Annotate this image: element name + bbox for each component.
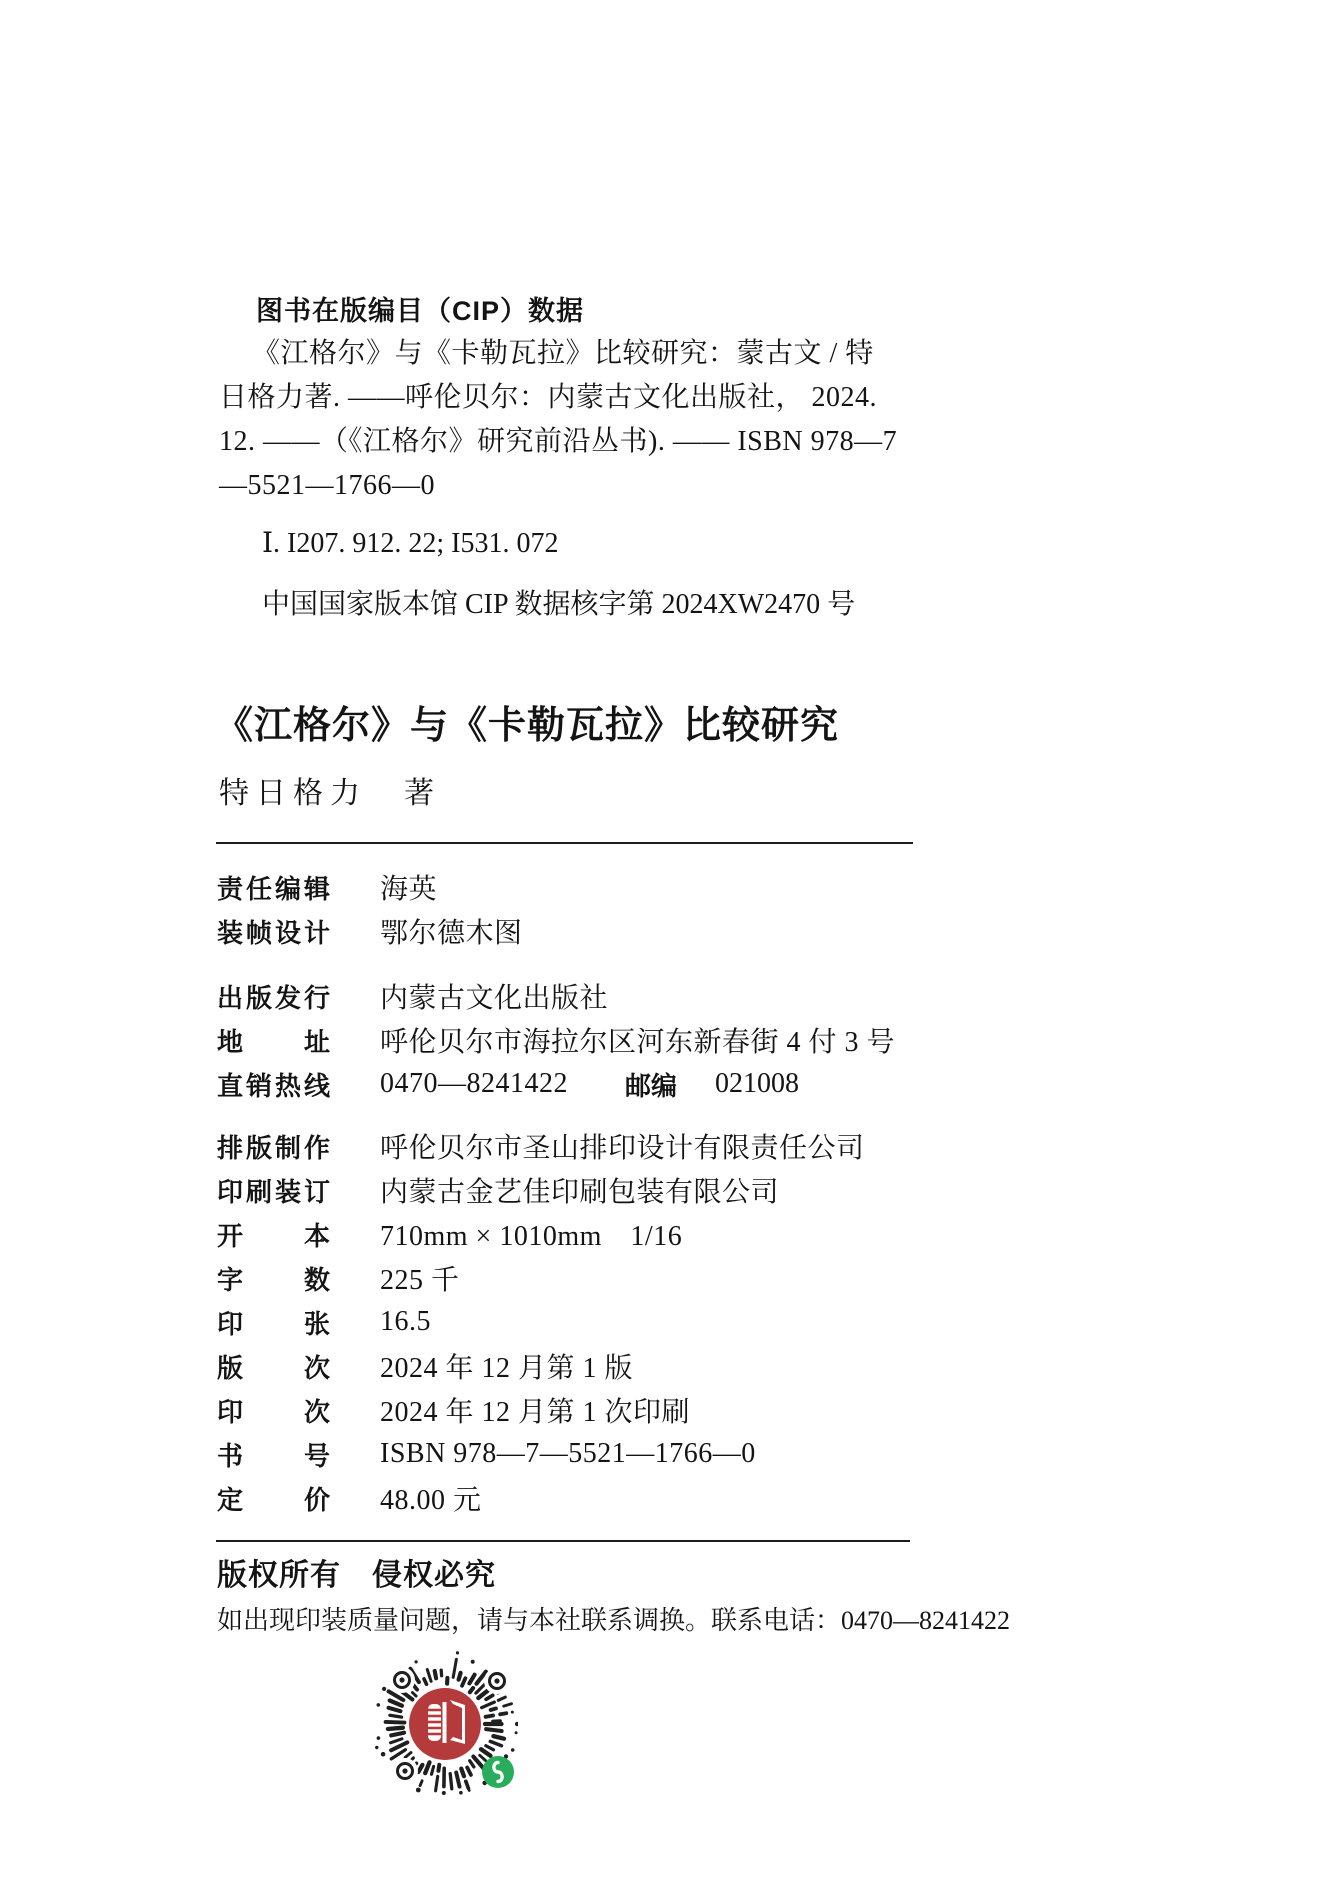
author-line: 特日格力 著	[219, 776, 441, 812]
cip-line: 12. ——（《江格尔》研究前沿丛书). —— ISBN 978—7	[219, 420, 959, 464]
row-label: 印张	[217, 1304, 330, 1341]
divider-line	[216, 842, 913, 844]
row-label: 字数	[217, 1260, 330, 1297]
cip-classification: Ⅰ. I207. 912. 22; I531. 072	[262, 527, 559, 561]
table-row: 书号 ISBN 978—7—5521—1766—0	[217, 1432, 937, 1476]
row-value: 内蒙古金艺佳印刷包装有限公司	[380, 1170, 779, 1210]
row-value: 16.5	[380, 1306, 431, 1338]
book-title: 《江格尔》与《卡勒瓦拉》比较研究	[215, 703, 839, 749]
row-label: 开本	[217, 1216, 330, 1253]
row-value: 710mm × 1010mm 1/16	[380, 1214, 682, 1254]
table-row: 定价 48.00 元	[217, 1476, 937, 1520]
row-value: 海英	[380, 867, 437, 907]
row-value: ISBN 978—7—5521—1766—0	[380, 1438, 756, 1470]
row-label: 印刷装订	[217, 1172, 330, 1209]
row-label: 地址	[217, 1022, 330, 1059]
miniprogram-qr-code	[372, 1648, 518, 1804]
colophon-table: 责任编辑 海英 装帧设计 鄂尔德木图 出版发行 内蒙古文化出版社 地址 呼伦贝尔…	[217, 865, 937, 1520]
cip-line: —5521—1766—0	[219, 464, 959, 508]
row-label: 书号	[217, 1436, 330, 1473]
divider-line	[216, 1540, 910, 1542]
row-label: 装帧设计	[217, 913, 330, 950]
row-label: 责任编辑	[217, 869, 330, 906]
table-row: 装帧设计 鄂尔德木图	[217, 909, 937, 953]
row-label: 出版发行	[217, 978, 330, 1015]
table-row: 字数 225 千	[217, 1256, 937, 1300]
table-row: 开本 710mm × 1010mm 1/16	[217, 1212, 937, 1256]
cip-paragraph: 《江格尔》与《卡勒瓦拉》比较研究：蒙古文 / 特 日格力著. ——呼伦贝尔：内蒙…	[219, 332, 959, 508]
cip-record-number: 中国国家版本馆 CIP 数据核字第 2024XW2470 号	[262, 588, 855, 622]
row-value: 鄂尔德木图	[380, 911, 523, 951]
copyright-statement: 版权所有 侵权必究	[217, 1556, 496, 1596]
row-value: 2024 年 12 月第 1 次印刷	[380, 1390, 690, 1430]
table-row: 责任编辑 海英	[217, 865, 937, 909]
table-row: 排版制作 呼伦贝尔市圣山排印设计有限责任公司	[217, 1124, 937, 1168]
row-value: 2024 年 12 月第 1 版	[380, 1346, 633, 1386]
row-label: 印次	[217, 1392, 330, 1429]
row-value: 呼伦贝尔市圣山排印设计有限责任公司	[380, 1126, 865, 1166]
row-value: 呼伦贝尔市海拉尔区河东新春街 4 付 3 号	[380, 1020, 895, 1060]
row-value: 内蒙古文化出版社	[380, 976, 608, 1016]
row-label: 定价	[217, 1480, 330, 1517]
table-row: 印张 16.5	[217, 1300, 937, 1344]
cip-line: 日格力著. ——呼伦贝尔：内蒙古文化出版社， 2024.	[219, 376, 959, 420]
qr-miniprogram-badge	[482, 1756, 514, 1788]
row-label: 直销热线	[217, 1066, 330, 1103]
table-row: 印次 2024 年 12 月第 1 次印刷	[217, 1388, 937, 1432]
cip-header: 图书在版编目（CIP）数据	[256, 295, 584, 327]
table-row: 版次 2024 年 12 月第 1 版	[217, 1344, 937, 1388]
row-value: 48.00 元	[380, 1478, 482, 1518]
row-label: 版次	[217, 1348, 330, 1385]
postal-code-label: 邮编	[625, 1066, 677, 1103]
table-row: 直销热线 0470—8241422 邮编 021008	[217, 1062, 937, 1106]
row-value: 0470—8241422	[380, 1068, 575, 1100]
colophon-page: 图书在版编目（CIP）数据 《江格尔》与《卡勒瓦拉》比较研究：蒙古文 / 特 日…	[0, 0, 1338, 1890]
table-row: 印刷装订 内蒙古金艺佳印刷包装有限公司	[217, 1168, 937, 1212]
quality-notice: 如出现印装质量问题，请与本社联系调换。联系电话：0470—8241422	[217, 1604, 1010, 1638]
row-value: 225 千	[380, 1258, 460, 1298]
qr-book-logo	[409, 1688, 481, 1760]
postal-code-value: 021008	[715, 1068, 799, 1100]
table-row: 地址 呼伦贝尔市海拉尔区河东新春街 4 付 3 号	[217, 1018, 937, 1062]
table-row: 出版发行 内蒙古文化出版社	[217, 974, 937, 1018]
row-label: 排版制作	[217, 1128, 330, 1165]
cip-line: 《江格尔》与《卡勒瓦拉》比较研究：蒙古文 / 特	[219, 332, 959, 376]
